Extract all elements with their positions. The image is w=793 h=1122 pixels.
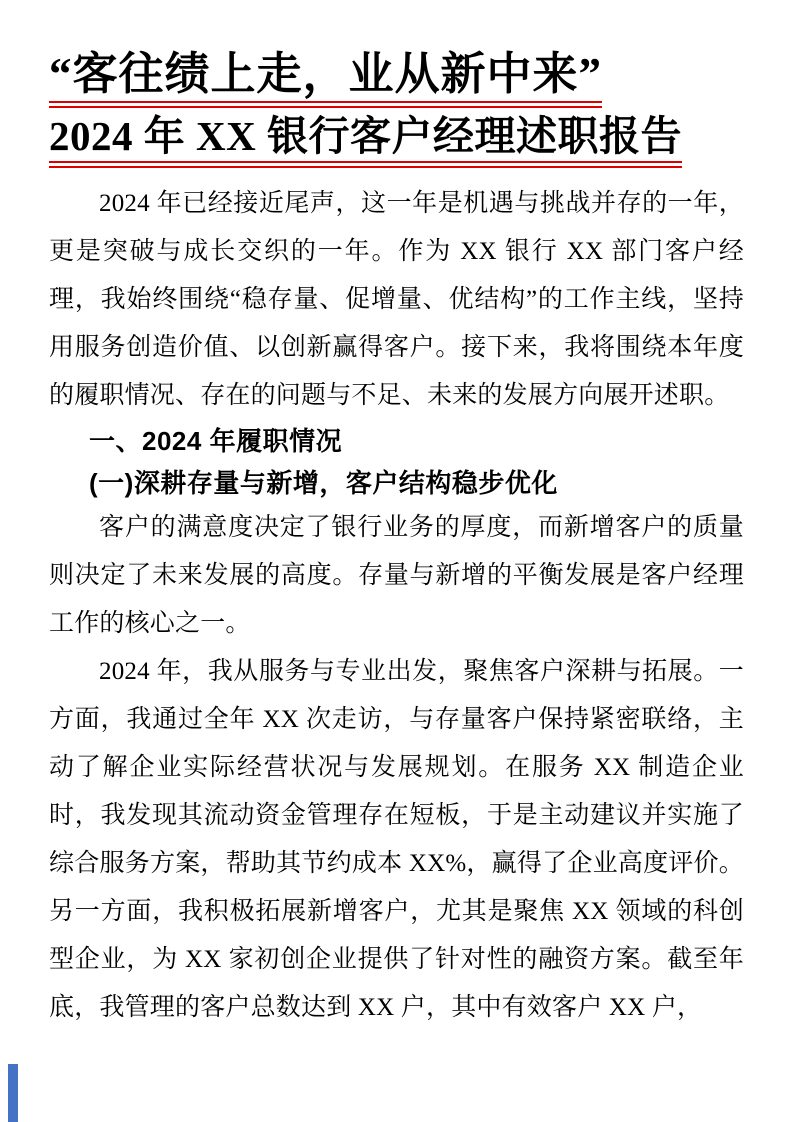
paragraph-customer-structure: 客户的满意度决定了银行业务的厚度，而新增客户的质量则决定了未来发展的高度。存量与… — [49, 504, 744, 648]
document-title-line1: “客往绩上走，业从新中来” — [49, 48, 744, 100]
paragraph-achievements: 2024 年，我从服务与专业出发，聚焦客户深耕与拓展。一方面，我通过全年 XX … — [49, 648, 744, 1032]
section-heading-performance: 一、2024 年履职情况 — [49, 420, 744, 462]
document-title-line2: 2024 年 XX 银行客户经理述职报告 — [49, 112, 744, 160]
paragraph-intro: 2024 年已经接近尾声，这一年是机遇与挑战并存的一年，更是突破与成长交织的一年… — [49, 180, 744, 420]
blue-edge-marker[interactable] — [8, 1064, 18, 1122]
document-page: “客往绩上走，业从新中来” 2024 年 XX 银行客户经理述职报告 2024 … — [0, 0, 793, 1122]
title-line1-text: “客往绩上走，业从新中来” — [49, 49, 602, 108]
subsection-heading-customer-structure: (一)深耕存量与新增，客户结构稳步优化 — [49, 462, 744, 504]
title-line2-text: 2024 年 XX 银行客户经理述职报告 — [49, 113, 682, 168]
